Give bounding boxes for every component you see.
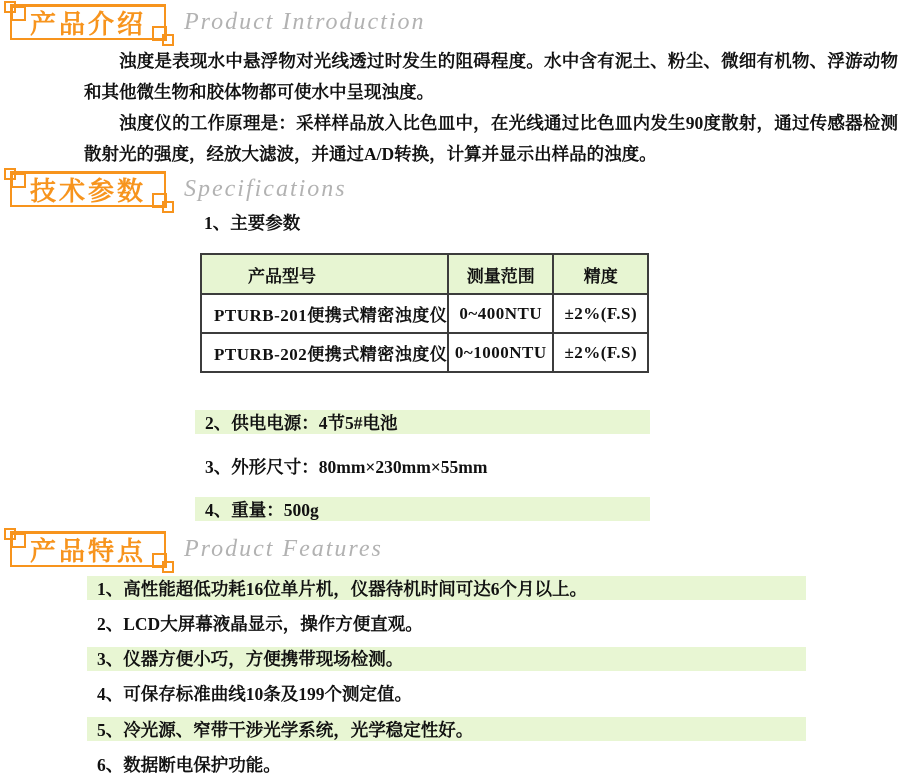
- specs-subtitle: Specifications: [184, 176, 347, 203]
- list-item: 3、仪器方便小巧，方便携带现场检测。: [87, 647, 806, 671]
- fret-ornament-icon: [3, 0, 27, 22]
- spec-item-power-text: 2、供电电源：4节5#电池: [195, 410, 398, 435]
- spec-item-main-params: 1、主要参数: [204, 210, 300, 235]
- list-item: 2、LCD大屏幕液晶显示，操作方便直观。: [87, 611, 806, 635]
- intro-paragraphs: 浊度是表现水中悬浮物对光线透过时发生的阻碍程度。水中含有泥土、粉尘、微细有机物、…: [84, 46, 898, 170]
- spec-item-dimensions: 3、外形尺寸：80mm×230mm×55mm: [195, 454, 650, 478]
- list-item: 1、高性能超低功耗16位单片机，仪器待机时间可达6个月以上。: [87, 576, 806, 600]
- table-row: PTURB-202便携式精密浊度仪 0~1000NTU ±2%(F.S): [201, 333, 648, 372]
- intro-title: 产品介绍: [30, 4, 146, 41]
- col-header-accuracy: 精度: [553, 254, 648, 294]
- fret-ornament-icon: [3, 167, 27, 189]
- list-item: 5、冷光源、窄带干涉光学系统，光学稳定性好。: [87, 717, 806, 741]
- specs-title-box: 技术参数: [10, 171, 166, 207]
- fret-ornament-icon: [151, 192, 175, 214]
- cell-model: PTURB-201便携式精密浊度仪: [201, 294, 448, 333]
- features-title-box: 产品特点: [10, 531, 166, 567]
- features-list: 1、高性能超低功耗16位单片机，仪器待机时间可达6个月以上。 2、LCD大屏幕液…: [87, 576, 806, 780]
- fret-ornament-icon: [3, 527, 27, 549]
- intro-subtitle: Product Introduction: [184, 9, 426, 36]
- spec-item-weight: 4、重量：500g: [195, 497, 650, 521]
- list-item: 4、可保存标准曲线10条及199个测定值。: [87, 682, 806, 706]
- spec-table: 产品型号 测量范围 精度 PTURB-201便携式精密浊度仪 0~400NTU …: [200, 253, 649, 373]
- cell-accuracy: ±2%(F.S): [553, 333, 648, 372]
- col-header-range: 测量范围: [448, 254, 553, 294]
- product-page: 产品介绍 Product Introduction 浊度是表现水中悬浮物对光线透…: [0, 0, 900, 780]
- spec-table-header-row: 产品型号 测量范围 精度: [201, 254, 648, 294]
- spec-item-weight-text: 4、重量：500g: [195, 497, 319, 522]
- intro-title-box: 产品介绍: [10, 4, 166, 40]
- col-header-model: 产品型号: [201, 254, 448, 294]
- section-header-intro: 产品介绍 Product Introduction: [10, 4, 426, 40]
- section-header-specs: 技术参数 Specifications: [10, 171, 347, 207]
- specs-title: 技术参数: [30, 171, 146, 208]
- fret-ornament-icon: [151, 25, 175, 47]
- cell-model: PTURB-202便携式精密浊度仪: [201, 333, 448, 372]
- cell-accuracy: ±2%(F.S): [553, 294, 648, 333]
- table-row: PTURB-201便携式精密浊度仪 0~400NTU ±2%(F.S): [201, 294, 648, 333]
- list-item: 6、数据断电保护功能。: [87, 752, 806, 776]
- cell-range: 0~1000NTU: [448, 333, 553, 372]
- fret-ornament-icon: [151, 552, 175, 574]
- spec-item-power: 2、供电电源：4节5#电池: [195, 410, 650, 434]
- features-subtitle: Product Features: [184, 536, 383, 563]
- features-title: 产品特点: [30, 531, 146, 568]
- intro-paragraph-1: 浊度是表现水中悬浮物对光线透过时发生的阻碍程度。水中含有泥土、粉尘、微细有机物、…: [84, 46, 898, 108]
- section-header-features: 产品特点 Product Features: [10, 531, 383, 567]
- cell-range: 0~400NTU: [448, 294, 553, 333]
- spec-item-dimensions-text: 3、外形尺寸：80mm×230mm×55mm: [195, 454, 487, 479]
- intro-paragraph-2: 浊度仪的工作原理是：采样样品放入比色皿中，在光线通过比色皿内发生90度散射，通过…: [84, 108, 898, 170]
